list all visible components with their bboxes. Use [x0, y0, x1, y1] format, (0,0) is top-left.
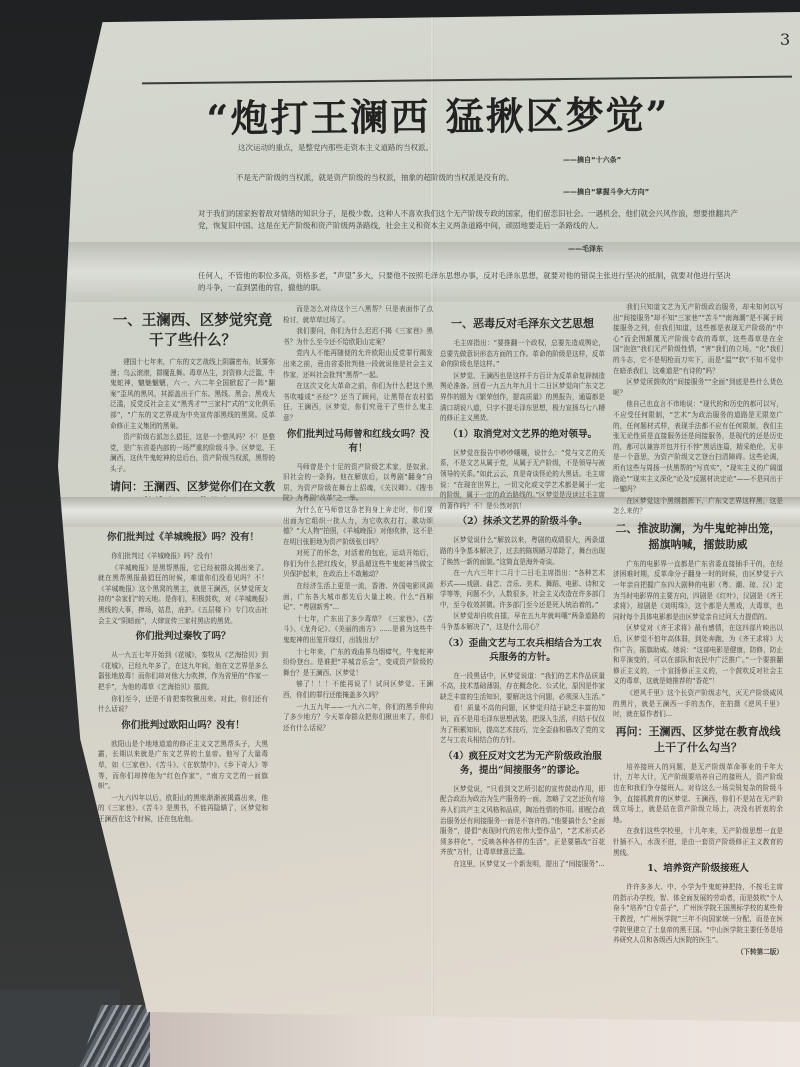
paragraph: 在这里，区梦觉又一个新发明，提出了“间接服务”... — [440, 859, 605, 870]
quote-4: 任何人，不管他的职位多高，资格多老，“声望”多大，只要他不按照毛泽东思想办事，反… — [198, 270, 738, 294]
continued-note: （下转第二版） — [613, 947, 783, 958]
section-2-title: 二、推波助澜，为牛鬼蛇神出笼，摇旗呐喊，擂鼓助威 — [613, 521, 783, 553]
section-a3-title: （3）歪曲文艺与工农兵相结合为工农兵服务的方针。 — [440, 637, 605, 665]
paragraph: 在这次文化大革命之前，你们为什么把这个黑书吹嘘成“圣经”？还当了顾问，让黑帮在农… — [283, 381, 433, 423]
paragraph: 十七年来，广东的戏曲界乌烟瘴气，牛鬼蛇神纷纷登台。是谁把“羊城音乐会”，变成资产… — [283, 647, 433, 679]
paragraph: 他自己也直言不讳地说：“现代的和历史的都可以写，不应受任何限制，“艺术”为政治服… — [613, 399, 783, 494]
quote-3: 对于我们的国家抱着敌对情绪的知识分子，是极少数。这种人不喜欢我们这个无产阶级专政… — [198, 208, 738, 232]
paragraph: 在一九六三年十二月十二日毛主席指出：“各种艺术形式——戏剧、曲艺、音乐、美术、舞… — [440, 568, 605, 610]
paragraph: 而是怎么对待这个三八黑帮？只是表面作了点检讨，就草草过场了。 — [283, 304, 433, 325]
section-a1-title: （1）取消党对文艺界的绝对领导。 — [440, 428, 605, 442]
paragraph: 一九五九年——一九六二年，你们的黑手伸向了多少地方？今天革命群众把你们揪出来了，… — [283, 702, 433, 734]
paragraph: 培养接班人的问题，是无产阶级革命事业的千年大计，万年大计，无产阶级要培养自己的接… — [613, 762, 783, 826]
section-3-title: 再问：王澜西、区梦觉在教育战线上干了什么勾当？ — [613, 724, 783, 756]
newspaper-page: 3 “炮打王澜西 猛揪区梦觉” 这次运动的重点，是整党内那些走资本主义道路的当权… — [58, 12, 800, 1022]
paragraph: 毛主席指出：“要推翻一个政权，总要先造成舆论，总要先做意识形态方面的工作。革命的… — [440, 338, 605, 370]
column-1-upper: 一、王澜西、区梦觉究竟干了些什么？ 建国十七年来，广东的文艺战线上阴霾密布，妖雾… — [110, 307, 275, 497]
paragraph: 为什么在马师曾这条老狗身上奔走时，你们要出面为它组织一批人力，为它吹吹打打，歌功… — [283, 505, 433, 547]
column-4: 我们只知道文艺为无产阶级政治服务，却未知何以写出“间接服务”却不知“三家巷”“苦… — [613, 302, 783, 1002]
paragraph: 欧阳山是个地地道道的修正主义文艺黑帮头子，大黑霸，长期以来就是广东文艺界的土皇帝… — [98, 739, 268, 792]
paragraph: 党内人不能再随便的允许欧阳山反党罪行揭发出来之前，竟由省委批判他一段就说他是社会… — [283, 348, 433, 380]
question-c-title: 你们批判过欧阳山吗？没有！ — [98, 719, 268, 733]
section-3-1-title: 1、培养资产阶级接班人 — [613, 862, 783, 876]
quote-1: 这次运动的重点，是整党内那些走资本主义道路的当权派。 — [238, 142, 538, 154]
paragraph: 一九六四年以后，欧阳山的黑账渐渐被揭露出来，他的《三家巷》、《苦斗》是黑书，不能… — [98, 793, 268, 825]
paragraph: 区梦觉说什么“解放以来，粤剧的成绩很大，两条道路的斗争基本解决了，过去的陈规陋习… — [440, 535, 605, 567]
paragraph: 区梦觉在报告中吵吵嚷嚷，说什么：“党与文艺的关系，不是文艺从属于党，从属于无产阶… — [440, 448, 605, 512]
paragraph: 在我们这些学校里，十几年来，无产阶级思想一直是针插不入，水泼不进，是由一套资产阶… — [613, 826, 783, 858]
paragraph: 你们批判过《羊城晚报》吗？没有！ — [98, 551, 268, 562]
question-a-title: 你们批判过《羊城晚报》吗？没有！ — [98, 531, 268, 545]
question-d-title: 你们批判过马师曾和红线女吗？没有！ — [283, 428, 433, 456]
paragraph: 广东的电影界一直都是广东省委直接插手干的，在经济困难时期，反革命分子翻身一时的时… — [613, 559, 783, 623]
page-number: 3 — [780, 30, 790, 49]
quote-2: 不是无产阶级的当权派，就是资产阶级的当权派，抽象的超阶级的当权派是没有的。 — [236, 172, 616, 184]
paragraph: 区梦觉、王澜西也是这样千方百计为反革命复辟制造舆论准备。回看一九五九年九月十二日… — [440, 371, 605, 424]
paragraph: 你们至今，还是不肯把秦牧揪出来。对此，你们还有什么话说？ — [98, 694, 268, 715]
question-b-title: 你们批判过秦牧了吗？ — [98, 630, 268, 644]
paragraph: 十七年，广东出了多少毒草？《三家巷》、《苦斗》、《龙舟记》、《美丽的南方》...… — [283, 614, 433, 646]
paragraph: 区梦觉对《齐王求将》最有感情，在这四部片映出以后，区梦觉不怕年高体弱，到处奔跑，… — [613, 623, 783, 687]
paragraph: 在区梦觉这个黑纲指挥下，广东文艺界这样黑，这是怎么来的？ — [613, 496, 783, 517]
column-3: 一、恶毒反对毛泽东文艺思想 毛主席指出：“要推翻一个政权，总要先造成舆论，总要先… — [440, 312, 605, 1002]
paragraph: 建国十七年来，广东的文艺战线上阴霾密布，妖雾弥漫；乌云滚滚，群魔乱舞。毒草丛生，… — [110, 357, 275, 431]
paragraph: 我们要问，你们为什么迟迟不揭《三家巷》黑书？为什么至今还不给欧阳山定案？ — [283, 326, 433, 347]
section-a4-title: （4）疯狂反对文艺为无产阶级政治服务，提出“间接服务”的谬论。 — [440, 750, 605, 778]
paragraph: 《逆风千里》这个长资产阶级志气，灭无产阶级威风的黑片，就是王澜西一手的杰作，在拍… — [613, 688, 783, 720]
paragraph: 看！质量不高的问题，区梦觉归结于缺乏丰富的知识，而不是用毛泽东思想武装，把深入生… — [440, 703, 605, 745]
paragraph: 从一九五七年开始到《花城》，秦牧从《艺海拾贝》到《花城》，已经九年多了，在这九年… — [98, 650, 268, 692]
quote-2-source: ——摘自“掌握斗争大方向” — [563, 187, 649, 197]
section-1-question: 请问：王澜西、区梦觉你们在文教战线上干了些什么？ — [110, 479, 275, 497]
paragraph: 我们只知道文艺为无产阶级政治服务，却未知何以写出“间接服务”却不知“三家巷”“苦… — [613, 302, 783, 376]
paragraph: 在一段黑话中，区梦觉说道：“我们的艺术作品质量不高，技术基础薄弱，存在概念化、公… — [440, 671, 605, 703]
paragraph: 马师曾是个十足的资产阶级艺术家，是奴隶、旧社会的一条狗。他在解放后，以粤剧“翻身… — [283, 462, 433, 504]
paragraph: 够了！！！不能再说了！试问区梦觉、王澜西，你们的罪行还能掩盖多久吗？ — [283, 679, 433, 700]
paragraph: 《羊城晚报》是黑帮黑报，它已经被群众揭出来了。就在黑帮黑报最猖狂的时候，难道你们… — [98, 563, 268, 627]
column-2: 而是怎么对待这个三八黑帮？只是表面作了点检讨，就草草过场了。 我们要问，你们为什… — [283, 304, 433, 1004]
quote-1-source: ——摘自“十六条” — [563, 155, 621, 165]
section-a-title: 一、恶毒反对毛泽东文艺思想 — [440, 316, 605, 332]
section-1-title: 一、王澜西、区梦觉究竟干了些什么？ — [110, 311, 275, 351]
headline: “炮打王澜西 猛揪区梦觉” — [178, 84, 698, 144]
paragraph: 区梦觉却自吹自擂，早在五九年就叫嚷“两条道路的斗争基本解决了”，这是什么用心？ — [440, 611, 605, 632]
section-a2-title: （2）抹杀文艺界的阶级斗争。 — [440, 515, 605, 529]
quote-3-source: ——毛泽东 — [568, 244, 603, 254]
paragraph: 区梦觉说，“只看到文艺所引起的宣传鼓动作用，即配合政治为政治为生产服务的一面，忽… — [440, 784, 605, 858]
paragraph: 许许多多大、中、小学为牛鬼蛇神把持，不按毛主席的指示办学校，智、体全面发展的劳动… — [613, 882, 783, 946]
paragraph: 对死了的怀念，对活着的包庇，运动开始后，你们为什么把红线女，罗品超这些牛鬼蛇神当… — [283, 548, 433, 580]
paragraph: 在经济生活上更是一流，香港、外国电影风满面，广东各大城市都先后大量上映，什么“西… — [283, 581, 433, 613]
paragraph: 区梦觉所鼓吹的“间接服务”“全面”到底是些什么货色呢？ — [613, 377, 783, 398]
paragraph: 资产阶级右派怎么猖狂，这是一个整风吗？不！是整党，是广东省委内部的一场严重的阶级… — [110, 432, 275, 474]
